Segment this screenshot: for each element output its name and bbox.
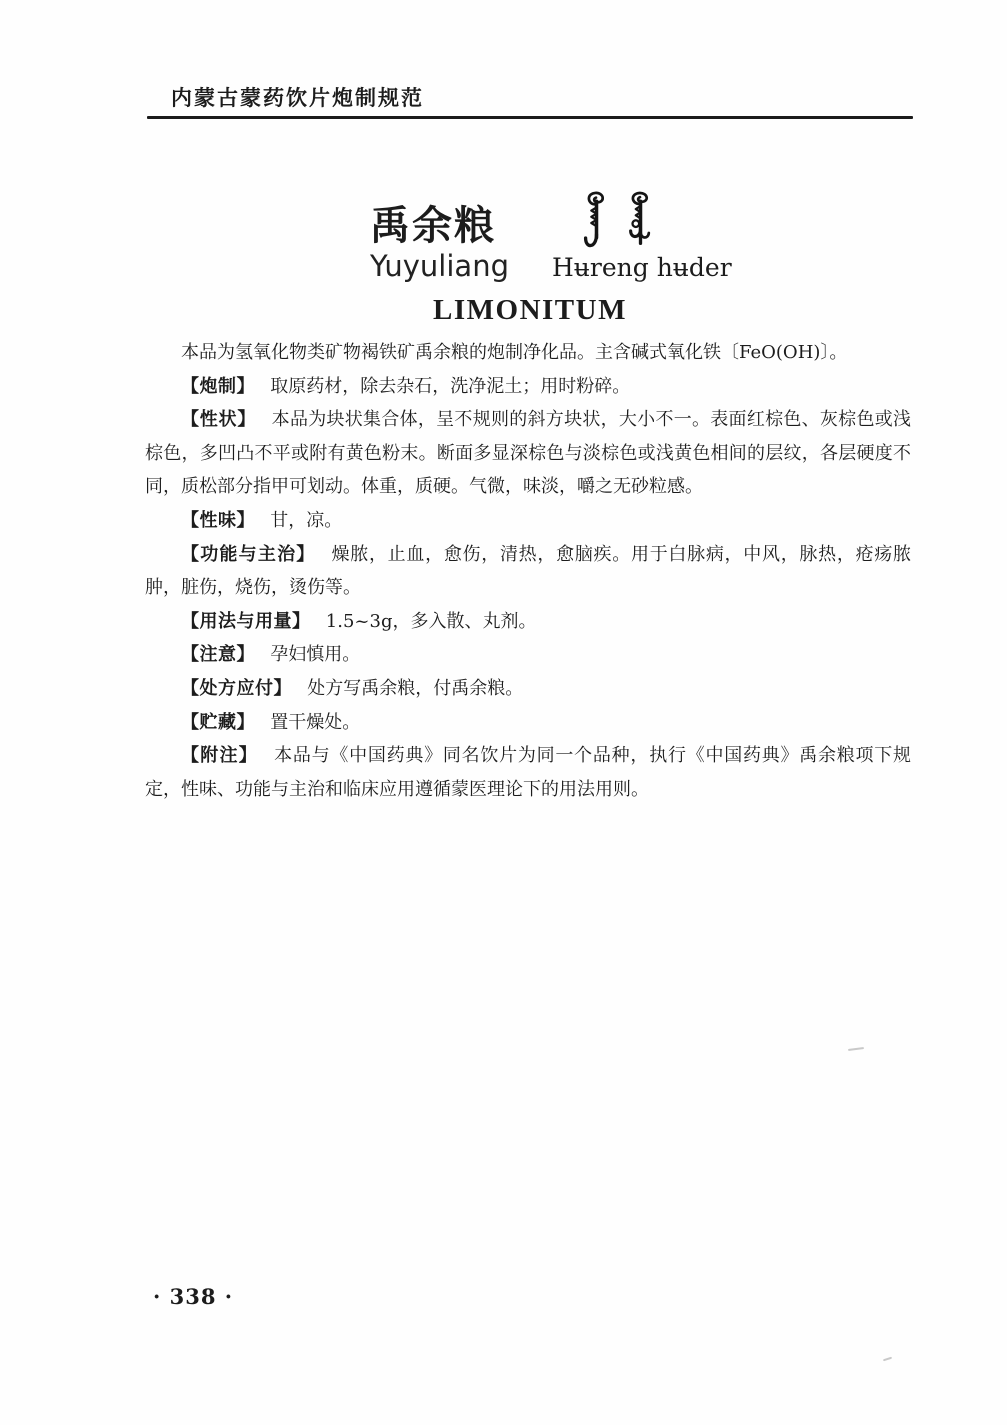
section-xingwei: 【性味】甘，凉。 — [145, 504, 911, 538]
mongolian-word-1-icon — [583, 189, 610, 255]
section-label: 【附注】 — [181, 745, 258, 766]
book-page: 内蒙古蒙药饮片炮制规范 禹余粮 Yuyuliang Hʉreng hʉ — [0, 0, 1007, 1425]
section-yongfa-yongliang: 【用法与用量】1.5~3g，多入散、丸剂。 — [145, 605, 911, 639]
header-rule — [147, 116, 913, 119]
section-fuzhu: 【附注】本品与《中国药典》同名饮片为同一个品种，执行《中国药典》禹余粮项下规定，… — [145, 739, 911, 806]
page-number: · 338 · — [153, 1284, 233, 1309]
section-label: 【贮藏】 — [181, 712, 255, 733]
section-text: 置干燥处。 — [270, 712, 360, 733]
scan-artifact — [883, 1357, 892, 1362]
drug-title-pinyin: Yuyuliang — [370, 249, 509, 283]
section-label: 【炮制】 — [181, 376, 255, 397]
section-text: 取原药材，除去杂石，洗净泥土；用时粉碎。 — [270, 376, 630, 397]
section-text: 1.5~3g，多入散、丸剂。 — [326, 611, 537, 632]
section-text: 本品为块状集合体，呈不规则的斜方块状，大小不一。表面红棕色、灰棕色或浅棕色，多凹… — [145, 409, 911, 497]
drug-title-mongolian-latin: Hʉreng hʉder — [552, 253, 732, 282]
section-paozhi: 【炮制】取原药材，除去杂石，洗净泥土；用时粉碎。 — [145, 370, 911, 404]
section-label: 【性状】 — [181, 409, 256, 430]
running-header: 内蒙古蒙药饮片炮制规范 — [171, 82, 424, 112]
section-label: 【注意】 — [181, 644, 255, 665]
section-chufang-yingfu: 【处方应付】处方写禹余粮，付禹余粮。 — [145, 672, 911, 706]
drug-title-chinese: 禹余粮 — [370, 194, 496, 251]
section-label: 【用法与用量】 — [181, 611, 311, 632]
mongolian-word-2-icon — [627, 189, 654, 251]
monograph-body: 本品为氢氧化物类矿物褐铁矿禹余粮的炮制净化品。主含碱式氧化铁〔FeO(OH)〕。… — [145, 336, 911, 806]
section-text: 甘，凉。 — [270, 510, 342, 531]
section-zhuyi: 【注意】孕妇慎用。 — [145, 638, 911, 672]
section-label: 【功能与主治】 — [181, 544, 316, 565]
drug-latin-name: LIMONITUM — [0, 294, 1007, 327]
section-xingzhuang: 【性状】本品为块状集合体，呈不规则的斜方块状，大小不一。表面红棕色、灰棕色或浅棕… — [145, 403, 911, 504]
section-gongneng-zhuzhi: 【功能与主治】燥脓，止血，愈伤，清热，愈脑疾。用于白脉病，中风，脉热，疮疡脓肿，… — [145, 538, 911, 605]
section-label: 【性味】 — [181, 510, 255, 531]
section-zhucang: 【贮藏】置干燥处。 — [145, 706, 911, 740]
mongolian-script — [583, 189, 654, 255]
intro-paragraph: 本品为氢氧化物类矿物褐铁矿禹余粮的炮制净化品。主含碱式氧化铁〔FeO(OH)〕。 — [145, 336, 911, 370]
section-label: 【处方应付】 — [181, 678, 292, 699]
scan-artifact — [848, 1047, 864, 1051]
section-text: 孕妇慎用。 — [270, 644, 360, 665]
section-text: 本品与《中国药典》同名饮片为同一个品种，执行《中国药典》禹余粮项下规定，性味、功… — [145, 745, 911, 800]
section-text: 处方写禹余粮，付禹余粮。 — [307, 678, 523, 699]
